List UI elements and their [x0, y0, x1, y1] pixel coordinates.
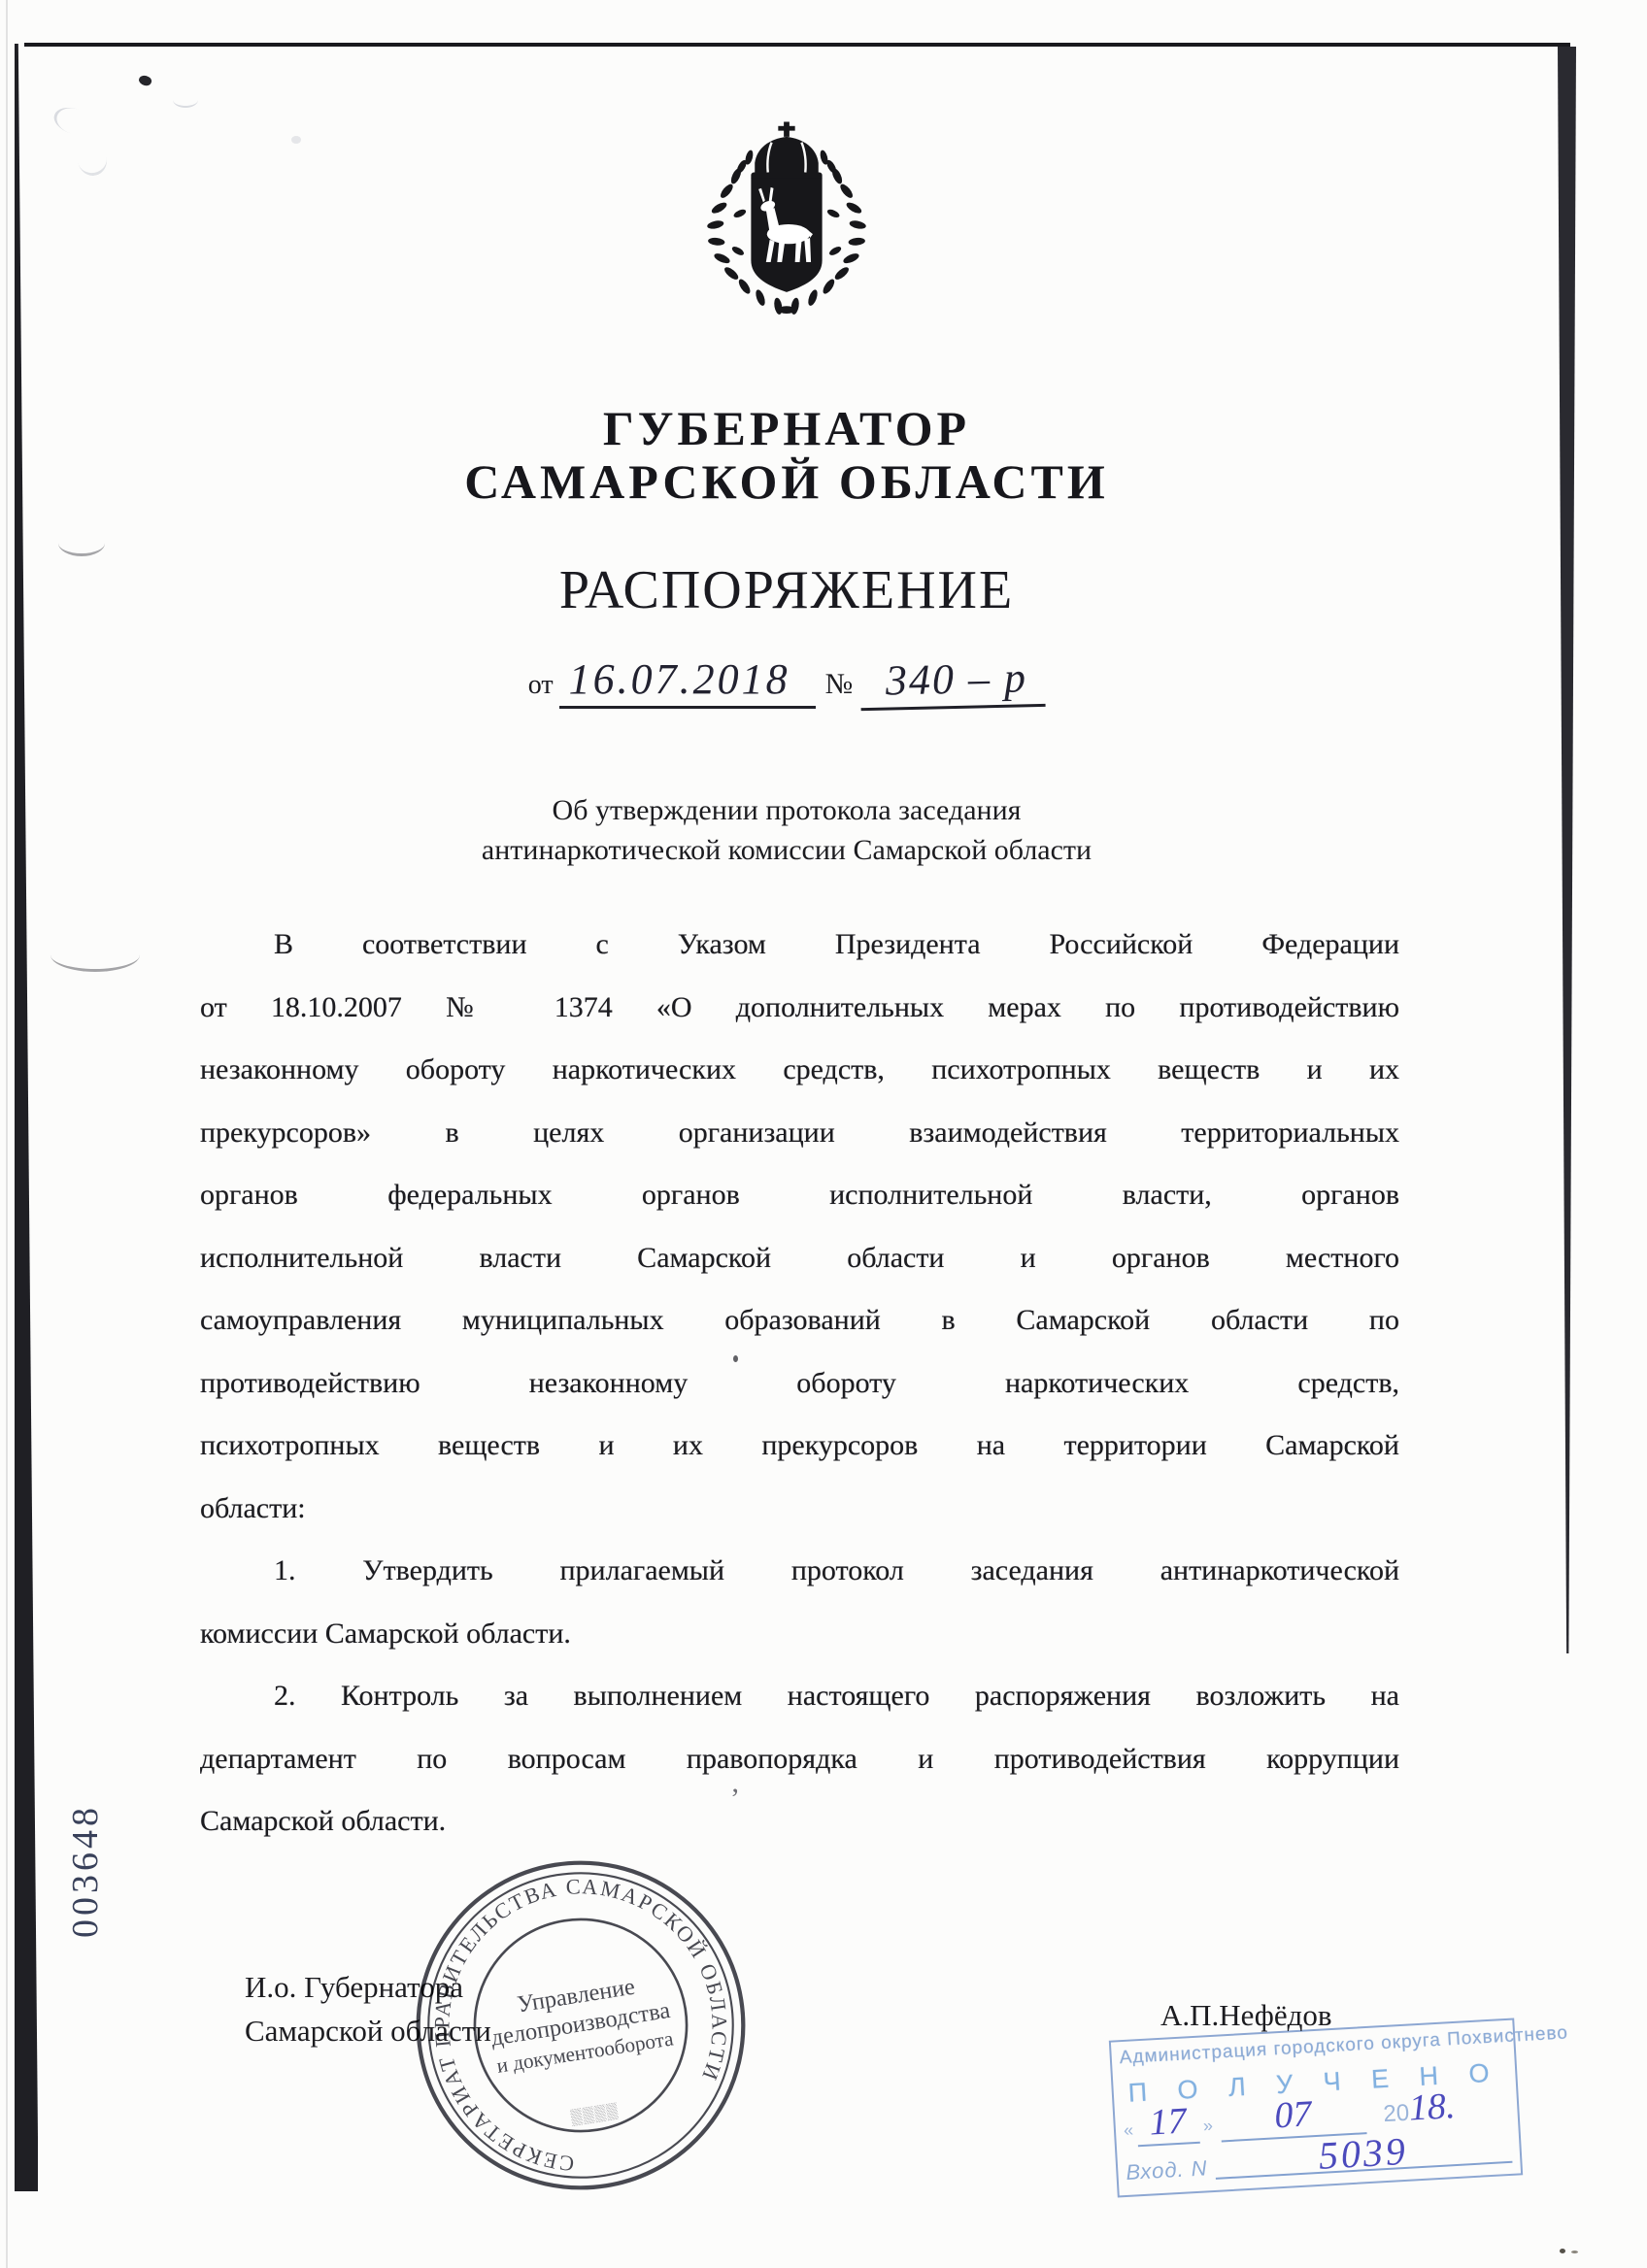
- ink-speck: [1560, 2249, 1565, 2253]
- round-stamp-graphic: СЕКРЕТАРИАТ ПРАВИТЕЛЬСТВА САМАРСКОЙ ОБЛА…: [381, 1825, 781, 2225]
- pencil-smudge: [50, 103, 98, 140]
- received-stamp: Администрация городского округа Похвистн…: [1109, 2018, 1523, 2197]
- body-line: органов федеральных органов исполнительн…: [200, 1164, 1399, 1227]
- org-name: ГУБЕРНАТОР САМАРСКОЙ ОБЛАСТИ: [0, 402, 1573, 509]
- scan-edge-shadow: [6, 0, 8, 2268]
- round-stamp-ornament: ▒▒▒▒: [570, 2102, 620, 2126]
- body-line: противодействию незаконному обороту нарк…: [200, 1352, 1399, 1416]
- vertical-registration-number: 003648: [64, 1734, 107, 1938]
- body-line: комиссии Самарской области.: [200, 1603, 1399, 1666]
- handwritten-incoming-number: 5039: [1318, 2129, 1409, 2178]
- subject-heading: Об утверждении протокола заседания антин…: [0, 790, 1573, 870]
- body-line: психотропных веществ и их прекурсоров на…: [200, 1415, 1399, 1478]
- body-line: В соответствии с Указом Президента Росси…: [200, 914, 1399, 977]
- date-prefix-label: от: [528, 670, 554, 701]
- org-name-line2: САМАРСКОЙ ОБЛАСТИ: [0, 455, 1573, 509]
- ink-speck: [1571, 2251, 1578, 2253]
- subject-line2: антинаркотической комиссии Самарской обл…: [0, 830, 1573, 870]
- body-line: прекурсоров» в целях организации взаимод…: [200, 1102, 1399, 1165]
- number-sign-label: №: [825, 668, 854, 701]
- body-line: Самарской области.: [200, 1790, 1399, 1853]
- document-body: В соответствии с Указом Президента Росси…: [200, 914, 1399, 1853]
- coat-of-arms-samara: [684, 115, 890, 364]
- pencil-smudge: [173, 92, 198, 108]
- body-line: исполнительной власти Самарской области …: [200, 1227, 1399, 1290]
- body-line: самоуправления муниципальных образований…: [200, 1289, 1399, 1352]
- body-line: 2. Контроль за выполнением настоящего ра…: [200, 1665, 1399, 1728]
- pencil-smudge: [75, 141, 110, 179]
- document-type-title: РАСПОРЯЖЕНИЕ: [0, 559, 1573, 621]
- handwritten-document-number: 340 – р: [860, 652, 1046, 711]
- body-line: области:: [200, 1478, 1399, 1541]
- handwritten-date: 16.07.2018: [559, 654, 816, 709]
- scan-left-border-artifact: [15, 44, 38, 2191]
- signatory-name: А.П.Нефёдов: [1160, 1998, 1332, 2033]
- printed-century: 20: [1383, 2100, 1410, 2128]
- pencil-smudge: [291, 136, 301, 144]
- ink-speck: [137, 74, 152, 88]
- subject-line1: Об утверждении протокола заседания: [0, 790, 1573, 830]
- incoming-number-label: Вход. N: [1126, 2155, 1209, 2185]
- date-and-number-row: от 16.07.2018 № 340 – р: [0, 654, 1573, 709]
- pencil-arc-mark: [58, 530, 105, 556]
- body-line: департамент по вопросам правопорядка и п…: [200, 1728, 1399, 1791]
- close-quote-mark: »: [1202, 2116, 1213, 2137]
- body-line: незаконному обороту наркотических средст…: [200, 1039, 1399, 1102]
- open-quote-mark: «: [1123, 2120, 1133, 2142]
- scan-top-border-artifact: [24, 43, 1570, 47]
- pencil-arc-mark: [50, 938, 140, 972]
- round-official-stamp: СЕКРЕТАРИАТ ПРАВИТЕЛЬСТВА САМАРСКОЙ ОБЛА…: [381, 1825, 781, 2225]
- org-name-line1: ГУБЕРНАТОР: [0, 402, 1573, 455]
- body-line: 1. Утвердить прилагаемый протокол заседа…: [200, 1540, 1399, 1603]
- body-line: от 18.10.2007 № 1374 «О дополнительных м…: [200, 977, 1399, 1040]
- coat-of-arms-graphic: [684, 115, 890, 359]
